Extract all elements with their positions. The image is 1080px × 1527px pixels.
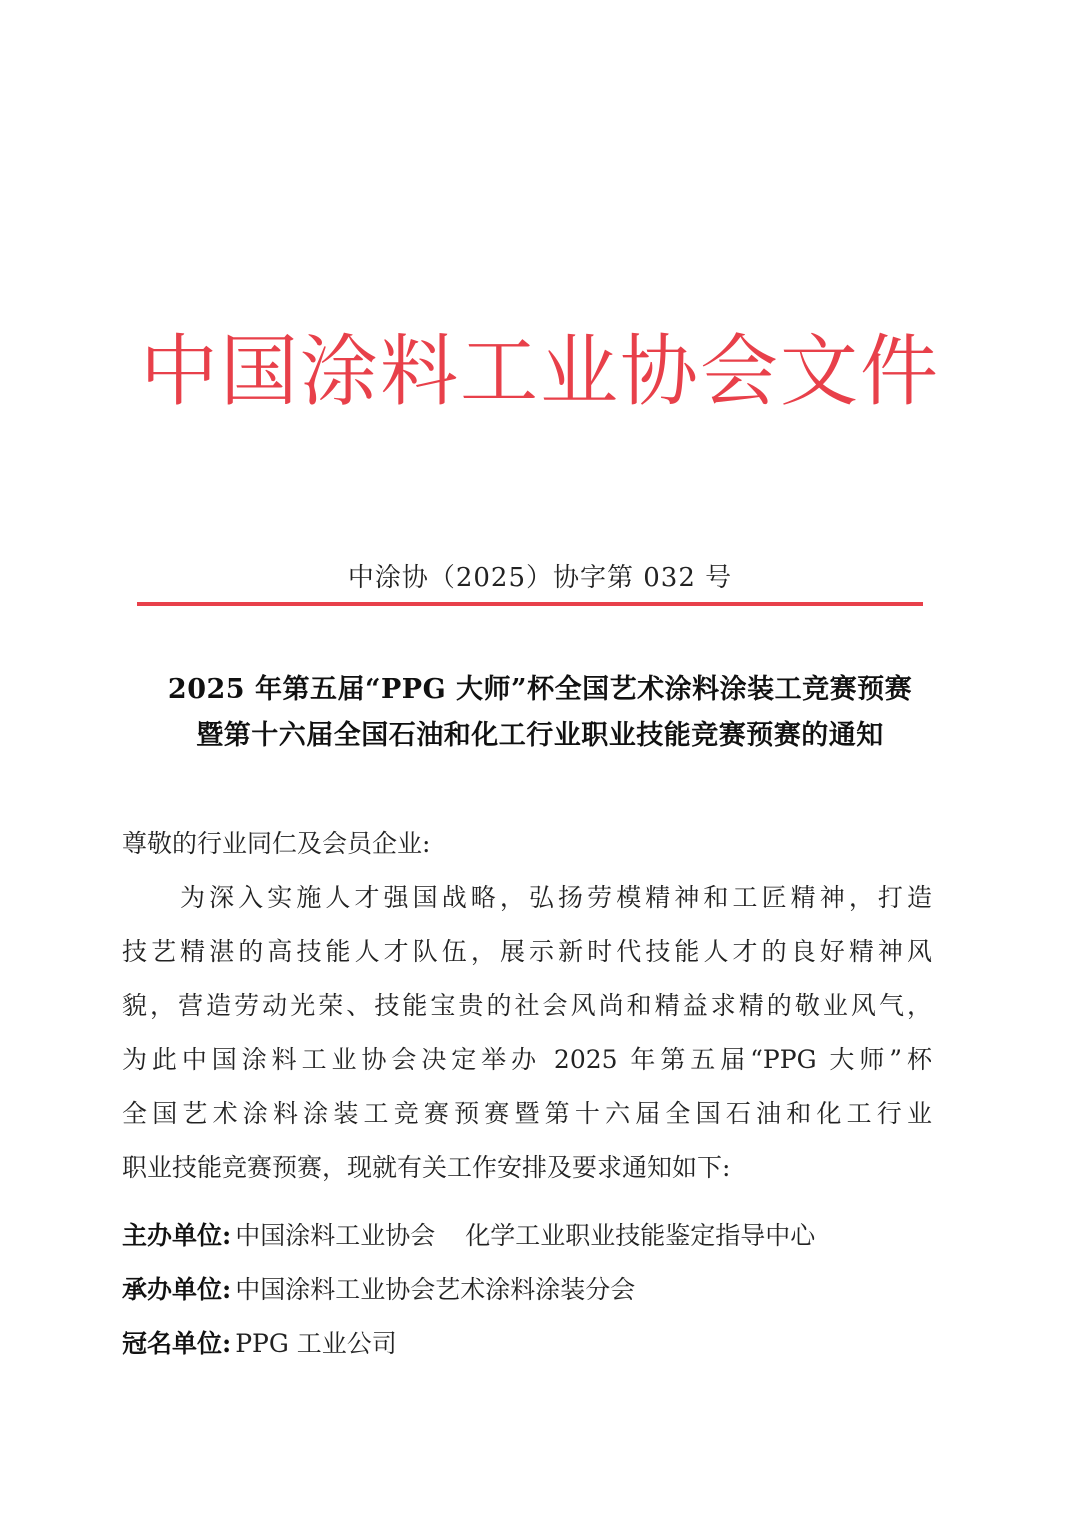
- body-line: 全国艺术涂料涂装工竞赛预赛暨第十六届全国石油和化工行业: [122, 1094, 932, 1134]
- host-organizer-row: 主办单位:中国涂料工业协会化学工业职业技能鉴定指导中心: [122, 1216, 815, 1256]
- salutation: 尊敬的行业同仁及会员企业:: [122, 824, 430, 864]
- red-divider-rule: [137, 602, 923, 606]
- masthead-title: 中国涂料工业协会文件: [0, 322, 1080, 422]
- sponsor-row: 冠名单位:PPG 工业公司: [122, 1324, 397, 1364]
- undertaker-value: 中国涂料工业协会艺术涂料涂装分会: [235, 1275, 635, 1304]
- notice-title-line-2: 暨第十六届全国石油和化工行业职业技能竞赛预赛的通知: [0, 716, 1080, 756]
- body-line: 貌，营造劳动光荣、技能宝贵的社会风尚和精益求精的敬业风气，: [122, 986, 932, 1026]
- body-line: 职业技能竞赛预赛，现就有关工作安排及要求通知如下:: [122, 1148, 932, 1188]
- document-number: 中涂协（2025）协字第 032 号: [0, 558, 1080, 598]
- sponsor-value: PPG 工业公司: [235, 1329, 397, 1358]
- sponsor-label: 冠名单位:: [122, 1329, 231, 1358]
- body-line: 为此中国涂料工业协会决定举办 2025 年第五届“PPG 大师”杯: [122, 1040, 932, 1080]
- notice-title-line-1: 2025 年第五届“PPG 大师”杯全国艺术涂料涂装工竞赛预赛: [0, 670, 1080, 710]
- host-organizer-value-2: 化学工业职业技能鉴定指导中心: [465, 1221, 815, 1250]
- undertaker-label: 承办单位:: [122, 1275, 231, 1304]
- undertaker-row: 承办单位:中国涂料工业协会艺术涂料涂装分会: [122, 1270, 635, 1310]
- host-organizer-label: 主办单位:: [122, 1221, 231, 1250]
- body-line: 技艺精湛的高技能人才队伍，展示新时代技能人才的良好精神风: [122, 932, 932, 972]
- host-organizer-value-1: 中国涂料工业协会: [235, 1221, 435, 1250]
- body-line: 为深入实施人才强国战略，弘扬劳模精神和工匠精神，打造: [180, 878, 932, 918]
